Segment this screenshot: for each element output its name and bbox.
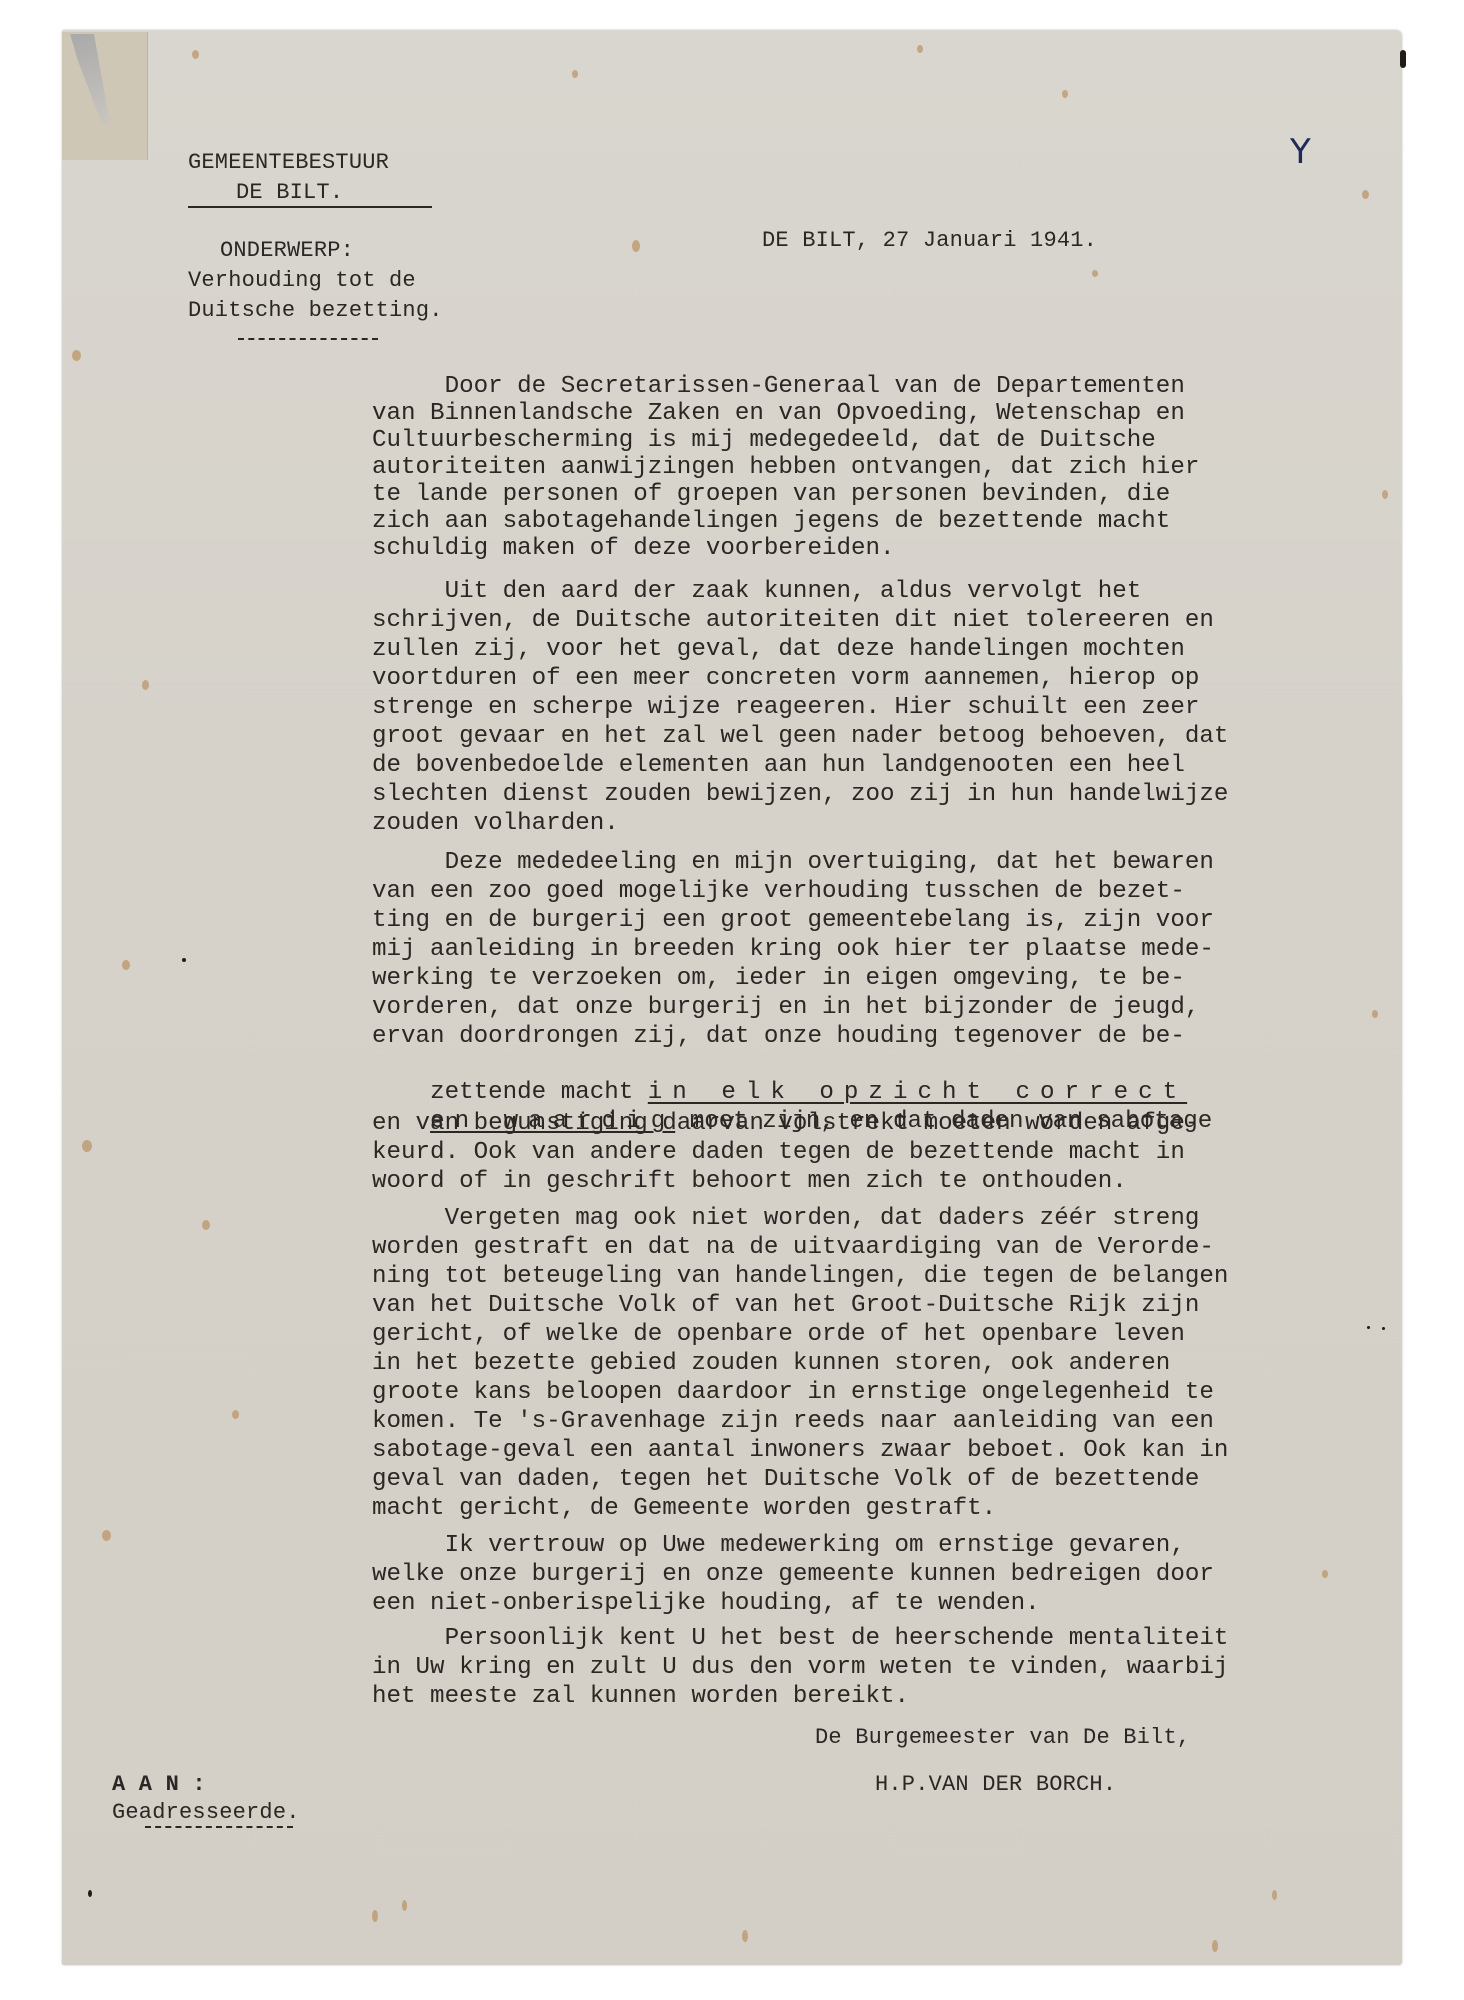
body-line: groote kans beloopen daardoor in ernstig…: [372, 1379, 1214, 1406]
body-line: ting en de burgerij een groot gemeentebe…: [372, 907, 1214, 934]
foxing-spot: [72, 350, 81, 361]
body-line: sabotage-geval een aantal inwoners zwaar…: [372, 1437, 1228, 1464]
signature-title: De Burgemeester van De Bilt,: [815, 1725, 1190, 1750]
ink-dot: [88, 1890, 92, 1897]
subject-line-2: Duitsche bezetting.: [188, 298, 443, 323]
addressee-value: Geadresseerde.: [112, 1800, 300, 1825]
dateline: DE BILT, 27 Januari 1941.: [762, 228, 1097, 253]
body-line: vorderen, dat onze burgerij en in het bi…: [372, 994, 1199, 1021]
foxing-spot: [142, 680, 149, 690]
foxing-spot: [372, 1910, 378, 1922]
foxing-spot: [1382, 490, 1388, 499]
body-line: van Binnenlandsche Zaken en van Opvoedin…: [372, 400, 1185, 427]
body-line: Door de Secretarissen-Generaal van de De…: [372, 373, 1185, 400]
body-line: zullen zij, voor het geval, dat deze han…: [372, 636, 1185, 663]
body-line: zich aan sabotagehandelingen jegens de b…: [372, 508, 1170, 535]
ink-smudge: [1400, 50, 1406, 68]
foxing-spot: [232, 1410, 239, 1419]
body-line: in het bezette gebied zouden kunnen stor…: [372, 1350, 1170, 1377]
foxing-spot: [1372, 1010, 1378, 1018]
body-line: het meeste zal kunnen worden bereikt.: [372, 1683, 909, 1710]
foxing-spot: [102, 1530, 111, 1541]
body-line: en van begunstiging daarvan volstrekt mo…: [372, 1110, 1199, 1137]
foxing-spot: [742, 1930, 748, 1942]
body-line: welke onze burgerij en onze gemeente kun…: [372, 1561, 1214, 1588]
ink-dot: [1367, 1326, 1370, 1329]
foxing-spot: [202, 1220, 210, 1230]
body-line: Vergeten mag ook niet worden, dat daders…: [372, 1205, 1199, 1232]
foxing-spot: [122, 960, 130, 970]
body-line: komen. Te 's-Gravenhage zijn reeds naar …: [372, 1408, 1214, 1435]
body-line: gericht, of welke de openbare orde of he…: [372, 1321, 1185, 1348]
foxing-spot: [1272, 1890, 1277, 1900]
body-line: keurd. Ook van andere daden tegen de bez…: [372, 1139, 1185, 1166]
body-line: autoriteiten aanwijzingen hebben ontvang…: [372, 454, 1199, 481]
body-line: werking te verzoeken om, ieder in eigen …: [372, 965, 1185, 992]
body-line: worden gestraft en dat na de uitvaardigi…: [372, 1234, 1214, 1261]
body-line: mij aanleiding in breeden kring ook hier…: [372, 936, 1214, 963]
subject-divider: [238, 338, 378, 340]
foxing-spot: [917, 45, 923, 53]
body-line: een niet-onberispelijke houding, af te w…: [372, 1590, 1040, 1617]
foxing-spot: [1322, 1570, 1328, 1578]
body-line: geval van daden, tegen het Duitsche Volk…: [372, 1466, 1199, 1493]
body-line: ning tot beteugeling van handelingen, di…: [372, 1263, 1228, 1290]
body-line: van het Duitsche Volk of van het Groot-D…: [372, 1292, 1199, 1319]
body-line: strenge en scherpe wijze reageeren. Hier…: [372, 694, 1199, 721]
letterhead-underline: [188, 206, 432, 208]
letterhead-organization: GEMEENTEBESTUUR: [188, 150, 389, 175]
body-line: schuldig maken of deze voorbereiden.: [372, 535, 895, 562]
body-line: voortduren of een meer concreten vorm aa…: [372, 665, 1199, 692]
handwritten-mark: Y: [1290, 132, 1311, 172]
body-line: Persoonlijk kent U het best de heerschen…: [372, 1625, 1228, 1652]
body-line: schrijven, de Duitsche autoriteiten dit …: [372, 607, 1214, 634]
subject-label: ONDERWERP:: [220, 238, 354, 263]
addressee-underline: [145, 1826, 293, 1828]
foxing-spot: [1362, 190, 1369, 199]
foxing-spot: [572, 70, 578, 78]
signature-name: H.P.VAN DER BORCH.: [875, 1772, 1116, 1797]
letterhead-municipality: DE BILT.: [236, 180, 343, 205]
body-line: van een zoo goed mogelijke verhouding tu…: [372, 878, 1185, 905]
addressee-label: A A N :: [112, 1772, 206, 1797]
body-line: ervan doordrongen zij, dat onze houding …: [372, 1023, 1185, 1050]
foxing-spot: [632, 240, 640, 252]
body-line: slechten dienst zouden bewijzen, zoo zij…: [372, 781, 1228, 808]
body-line: in Uw kring en zult U dus den vorm weten…: [372, 1654, 1228, 1681]
foxing-spot: [1092, 270, 1098, 277]
subject-line-1: Verhouding tot de: [188, 268, 416, 293]
body-line: de bovenbedoelde elementen aan hun landg…: [372, 752, 1185, 779]
body-line: Cultuurbescherming is mij medegedeeld, d…: [372, 427, 1156, 454]
body-line: zouden volharden.: [372, 810, 619, 837]
foxing-spot: [82, 1140, 92, 1152]
body-line: macht gericht, de Gemeente worden gestra…: [372, 1495, 996, 1522]
body-line: Uit den aard der zaak kunnen, aldus verv…: [372, 578, 1141, 605]
ink-dot: [182, 958, 186, 962]
body-line: te lande personen of groepen van persone…: [372, 481, 1170, 508]
foxing-spot: [1062, 90, 1068, 98]
body-line: groot gevaar en het zal wel geen nader b…: [372, 723, 1228, 750]
foxing-spot: [192, 50, 199, 59]
body-line: Deze mededeeling en mijn overtuiging, da…: [372, 849, 1214, 876]
foxing-spot: [402, 1900, 407, 1911]
body-line: Ik vertrouw op Uwe medewerking om ernsti…: [372, 1532, 1185, 1559]
ink-dot: [1382, 1327, 1385, 1330]
foxing-spot: [1212, 1940, 1218, 1952]
body-line: woord of in geschrift behoort men zich t…: [372, 1168, 1127, 1195]
